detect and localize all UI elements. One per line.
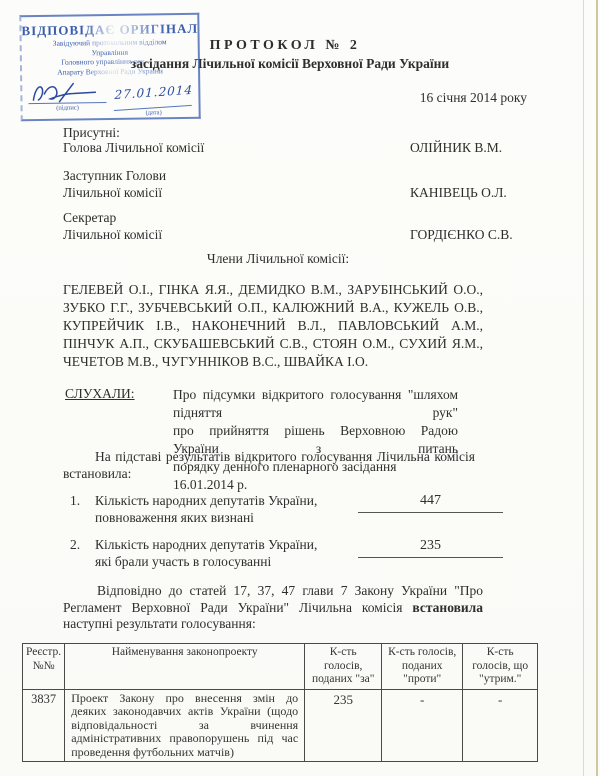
header-line: "проти" xyxy=(385,673,459,687)
according-line-text: Регламент Верховної Ради України" Лічиль… xyxy=(63,600,403,615)
count-item-2: 2. Кількість народних депутатів України,… xyxy=(70,536,530,570)
according-line: наступні результати голосування: xyxy=(63,616,483,633)
header-line: К-сть xyxy=(308,646,378,660)
handwritten-date: 27.01.2014 xyxy=(114,77,193,111)
signature-caption: (підпис) xyxy=(29,104,107,112)
according-line: Регламент Верховної Ради України" Лічиль… xyxy=(63,600,483,617)
item-text: Кількість народних депутатів України, по… xyxy=(95,492,365,526)
header-votes-for: К-сть голосів, поданих "за" xyxy=(305,644,382,690)
header-votes-against: К-сть голосів, поданих "проти" xyxy=(382,644,463,690)
basis-line: На підставі результатів відкритого голос… xyxy=(95,448,475,465)
bill-reg-number: 3837 xyxy=(23,689,65,762)
deputies-voted-value: 235 xyxy=(358,537,503,558)
item-number: 1. xyxy=(70,492,80,509)
role-title: Голова Лічильної комісії xyxy=(63,140,204,155)
item-line: повноваження яких визнані xyxy=(95,509,365,526)
signature-block: (підпис) xyxy=(28,80,107,118)
role-title: Секретар xyxy=(63,210,116,226)
official-name: ОЛІЙНИК В.М. xyxy=(410,140,502,156)
page-edge-line xyxy=(583,0,584,776)
votes-abstained-value: - xyxy=(463,689,538,762)
present-row: Лічильної комісії ГОРДІЄНКО С.В. xyxy=(63,227,523,243)
official-name: ГОРДІЄНКО С.В. xyxy=(410,227,513,243)
item-line: Кількість народних депутатів України, xyxy=(95,492,365,509)
present-label: Присутні: xyxy=(63,125,120,141)
basis-line: встановила: xyxy=(63,465,475,482)
stamp-line: Апарату Верховної Ради України xyxy=(22,65,198,77)
members-line: ЧЕЧЕТОВ М.В., ЧУГУННІКОВ В.С., ШВАЙКА І.… xyxy=(63,353,483,371)
role-title: Лічильної комісії xyxy=(63,185,162,200)
bill-name-line: відповідальності за вчинення xyxy=(71,719,298,733)
votes-against-value: - xyxy=(382,689,463,762)
votes-for-value: 235 xyxy=(305,689,382,762)
date-block: 27.01.2014 (дата) xyxy=(114,79,193,117)
voting-results-table: Реєстр. №№ Найменування законопроекту К-… xyxy=(22,643,538,762)
header-line: поданих xyxy=(385,660,459,674)
header-line: №№ xyxy=(26,660,61,674)
members-heading: Члени Лічильної комісії: xyxy=(63,251,493,267)
bill-name-line: проведення футбольних матчів) xyxy=(71,746,298,760)
header-bill-name: Найменування законопроекту xyxy=(65,644,305,690)
table-row: 3837 Проект Закону про внесення змін до … xyxy=(23,689,538,762)
present-section: Присутні: Голова Лічильної комісії ОЛІЙН… xyxy=(63,125,523,245)
page-edge-shadow xyxy=(596,0,598,776)
role-title: Лічильної комісії xyxy=(63,227,162,242)
scanned-protocol-page: ВІДПОВІДАЄ ОРИГІНАЛУ Завідуючий протокол… xyxy=(0,0,600,776)
members-line: ПІНЧУК А.П., СКУБАШЕВСЬКИЙ С.В., СТОЯН О… xyxy=(63,335,483,353)
item-line: Кількість народних депутатів України, xyxy=(95,536,365,553)
members-line: ЗУБКО Г.Г., ЗУБЧЕВСЬКИЙ О.П., КАЛЮЖНИЙ В… xyxy=(63,299,483,317)
deputies-recognized-value: 447 xyxy=(358,492,503,513)
present-row: Лічильної комісії КАНІВЕЦЬ О.Л. xyxy=(63,185,523,201)
item-line: які брали участь в голосуванні xyxy=(95,553,365,570)
header-votes-abstained: К-сть голосів, що "утрим." xyxy=(463,644,538,690)
stamp-signature-row: (підпис) 27.01.2014 (дата) xyxy=(28,79,193,118)
heard-line: Про підсумки відкритого голосування "шля… xyxy=(173,386,458,422)
official-name: КАНІВЕЦЬ О.Л. xyxy=(410,185,507,201)
according-paragraph: Відповідно до статей 17, 37, 47 глави 7 … xyxy=(63,583,483,633)
header-reg-number: Реєстр. №№ xyxy=(23,644,65,690)
header-line: "утрим." xyxy=(466,673,534,687)
present-row: Голова Лічильної комісії ОЛІЙНИК В.М. xyxy=(63,140,523,156)
header-line: К-сть xyxy=(466,646,534,660)
header-line: голосів, xyxy=(308,660,378,674)
according-line: Відповідно до статей 17, 37, 47 глави 7 … xyxy=(97,583,483,600)
approval-stamp: ВІДПОВІДАЄ ОРИГІНАЛУ Завідуючий протокол… xyxy=(19,13,200,122)
bill-name-line: Проект Закону про внесення змін до xyxy=(71,692,298,706)
count-item-1: 1. Кількість народних депутатів України,… xyxy=(70,492,530,526)
members-line: КУПРЕЙЧИК І.В., НАКОНЕЧНИЙ В.Л., ПАВЛОВС… xyxy=(63,317,483,335)
heard-label: СЛУХАЛИ: xyxy=(65,386,135,402)
header-line: К-сть голосів, xyxy=(385,646,459,660)
bill-name-line: адміністративних правопорушень під час xyxy=(71,732,298,746)
table-header-row: Реєстр. №№ Найменування законопроекту К-… xyxy=(23,644,538,690)
header-line: Реєстр. xyxy=(26,646,61,660)
basis-paragraph: На підставі результатів відкритого голос… xyxy=(63,448,475,482)
item-text: Кількість народних депутатів України, як… xyxy=(95,536,365,570)
header-line: голосів, що xyxy=(466,660,534,674)
members-line: ГЕЛЕВЕЙ О.І., ГІНКА Я.Я., ДЕМИДКО В.М., … xyxy=(63,281,483,299)
header-line: поданих "за" xyxy=(308,673,378,687)
bill-name: Проект Закону про внесення змін до деяки… xyxy=(65,689,305,762)
members-list: ГЕЛЕВЕЙ О.І., ГІНКА Я.Я., ДЕМИДКО В.М., … xyxy=(63,281,483,371)
established-bold: встановила xyxy=(412,600,483,615)
role-title: Заступник Голови xyxy=(63,168,166,184)
bill-name-line: деяких законодавчих актів України (щодо xyxy=(71,705,298,719)
item-number: 2. xyxy=(70,536,80,553)
signature-scribble xyxy=(28,80,106,104)
header-line: Найменування законопроекту xyxy=(68,646,301,660)
